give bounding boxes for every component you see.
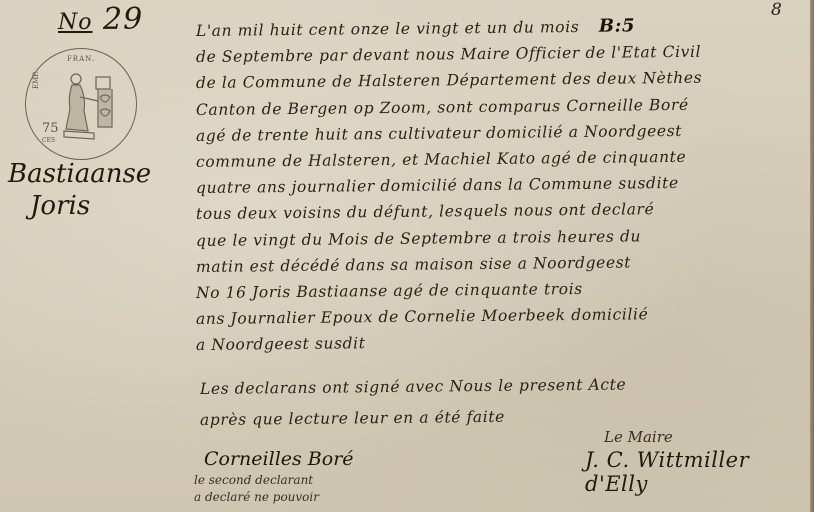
margin-surname: Bastiaanse: [8, 159, 151, 189]
seal-unit: CES: [42, 137, 55, 144]
mayor-title: Le Maire: [604, 428, 673, 446]
record-body: L'an mil huit cent onze le vingt et un d…: [196, 18, 808, 359]
declarant-note-line: le second declarant: [194, 472, 319, 489]
seated-figure-icon: [54, 67, 118, 147]
register-page: No 29 8 FRAN. EMP. 75 CES Basti: [0, 0, 814, 512]
body-line: a Noordgeest susdit: [196, 326, 808, 359]
record-number-value: 29: [103, 2, 143, 37]
margin-deceased-name: Bastiaanse Joris: [8, 158, 151, 222]
tax-stamp-seal: FRAN. EMP. 75 CES: [25, 48, 137, 160]
closing-statement: Les declarans ont signé avec Nous le pre…: [200, 374, 800, 436]
register-annotation: B:5: [599, 15, 635, 36]
record-number: No 29: [58, 2, 143, 37]
seal-value: 75: [42, 121, 59, 136]
seal-top-text: FRAN.: [26, 55, 136, 63]
margin-given-name: Joris: [30, 190, 151, 222]
declarant-note-line: a declaré ne pouvoir: [194, 489, 319, 506]
closing-line: après que lecture leur en a été faite: [200, 399, 800, 436]
seal-side-text: EMP.: [32, 71, 40, 89]
declarant-note: le second declarant a declaré ne pouvoir: [194, 472, 319, 506]
declarant-signature: Corneilles Boré: [204, 448, 354, 470]
page-edge: [810, 0, 814, 512]
mayor-signature: J. C. Wittmiller d'Elly: [585, 448, 814, 496]
record-number-prefix: No: [58, 10, 93, 35]
